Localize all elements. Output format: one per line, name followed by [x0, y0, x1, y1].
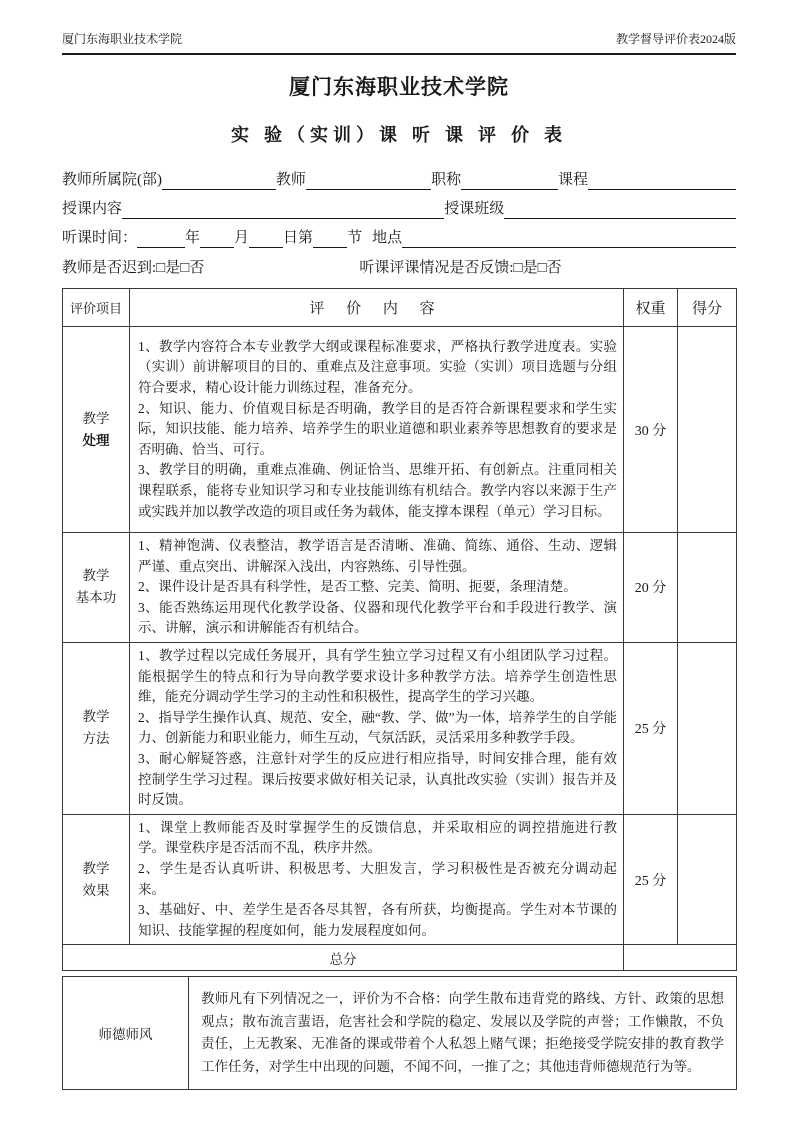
header-weight: 权重	[624, 289, 678, 327]
job-title-label: 职称	[431, 168, 461, 190]
header-left-text: 厦门东海职业技术学院	[62, 30, 182, 47]
month-label: 月	[234, 226, 249, 248]
class-blank[interactable]	[504, 199, 736, 219]
month-blank[interactable]	[200, 228, 234, 248]
form-line-1: 教师所属院(部) 教师 职称 课程	[62, 161, 736, 190]
form-line-3: 听课时间： 年 月 日第 节 地点	[62, 219, 736, 248]
fill-in-section: 教师所属院(部) 教师 职称 课程 授课内容 授课班级 听课时间： 年 月 日第…	[62, 161, 736, 278]
weight-value: 30 分	[624, 327, 678, 533]
criteria-item: 2、指导学生操作认真、规范、安全，融“教、学、做”为一体，培养学生的自学能力、创…	[138, 708, 617, 749]
row-label: 教学	[64, 408, 128, 430]
weight-value: 25 分	[624, 814, 678, 945]
teacher-label: 教师	[276, 168, 306, 190]
evaluation-table: 评价项目 评 价 内 容 权重 得分 教学 处理 1、教学内容符合本专业教学大纲…	[62, 288, 737, 971]
row-label: 教学	[64, 565, 128, 587]
running-header: 厦门东海职业技术学院 教学督导评价表2024版	[62, 30, 736, 55]
lecture-content-label: 授课内容	[62, 197, 122, 219]
weight-value: 25 分	[624, 642, 678, 814]
row-label: 教学	[64, 858, 128, 880]
department-blank[interactable]	[162, 170, 276, 190]
teacher-blank[interactable]	[306, 170, 431, 190]
table-row: 教学 基本功 1、精神饱满、仪表整洁，教学语言是否清晰、准确、简练、通俗、生动、…	[63, 533, 737, 643]
score-cell[interactable]	[678, 533, 737, 643]
late-no-checkbox[interactable]: □	[180, 260, 189, 278]
class-label: 授课班级	[444, 197, 504, 219]
criteria-item: 2、课件设计是否具有科学性，是否工整、完美、简明、扼要，条理清楚。	[138, 577, 617, 598]
ethics-row: 师德师风 教师凡有下列情况之一，评价为不合格：向学生散布违背党的路线、方针、政策…	[63, 977, 737, 1090]
row-label: 教学	[64, 706, 128, 728]
feedback-no-checkbox[interactable]: □	[538, 260, 547, 278]
row-label: 方法	[64, 728, 128, 750]
late-question-label: 教师是否迟到:	[62, 256, 156, 278]
course-blank[interactable]	[588, 170, 736, 190]
course-label: 课程	[558, 168, 588, 190]
criteria-item: 2、学生是否认真听讲、积极思考、大胆发言，学习积极性是否被充分调动起来。	[138, 859, 617, 900]
form-line-2: 授课内容 授课班级	[62, 190, 736, 219]
criteria-item: 3、能否熟练运用现代化教学设备、仪器和现代化教学平台和手段进行教学、演示、讲解，…	[138, 598, 617, 639]
header-item: 评价项目	[63, 289, 130, 327]
document-page: 厦门东海职业技术学院 教学督导评价表2024版 厦门东海职业技术学院 实 验（实…	[0, 0, 794, 1123]
day-blank[interactable]	[249, 228, 283, 248]
year-label: 年	[185, 226, 200, 248]
criteria-item: 1、教学内容符合本专业教学大纲或课程标准要求，严格执行教学进度表。实验（实训）前…	[138, 337, 617, 399]
page-title: 厦门东海职业技术学院	[62, 71, 736, 101]
form-line-4: 教师是否迟到: □ 是 □ 否 听课评课情况是否反馈: □ 是 □ 否	[62, 249, 736, 278]
score-cell[interactable]	[678, 327, 737, 533]
job-title-blank[interactable]	[461, 170, 558, 190]
location-blank[interactable]	[402, 228, 736, 248]
feedback-no-label: 否	[547, 256, 562, 278]
late-no-label: 否	[189, 256, 204, 278]
table-row: 教学 方法 1、教学过程以完成任务展开，具有学生独立学习过程又有小组团队学习过程…	[63, 642, 737, 814]
period-label: 节	[347, 226, 362, 248]
criteria-item: 1、精神饱满、仪表整洁，教学语言是否清晰、准确、简练、通俗、生动、逻辑严谨、重点…	[138, 536, 617, 577]
header-right-text: 教学督导评价表2024版	[616, 30, 736, 47]
table-header-row: 评价项目 评 价 内 容 权重 得分	[63, 289, 737, 327]
criteria-item: 1、课堂上教师能否及时掌握学生的反馈信息，并采取相应的调控措施进行教学。课堂秩序…	[138, 818, 617, 859]
criteria-item: 3、教学目的明确，重难点准确、例证恰当、思维开拓、有创新点。注重同相关课程联系，…	[138, 460, 617, 522]
ethics-content: 教师凡有下列情况之一，评价为不合格：向学生散布违背党的路线、方针、政策的思想观点…	[189, 977, 737, 1090]
criteria-item: 3、耐心解疑答惑，注意针对学生的反应进行相应指导，时间安排合理，能有效控制学生学…	[138, 749, 617, 811]
table-row: 教学 处理 1、教学内容符合本专业教学大纲或课程标准要求，严格执行教学进度表。实…	[63, 327, 737, 533]
total-score-cell[interactable]	[624, 945, 737, 971]
weight-value: 20 分	[624, 533, 678, 643]
late-yes-checkbox[interactable]: □	[156, 260, 165, 278]
department-label: 教师所属院(部)	[62, 168, 162, 190]
total-row: 总分	[63, 945, 737, 971]
form-subtitle: 实 验（实训）课 听 课 评 价 表	[62, 121, 736, 147]
ethics-table: 师德师风 教师凡有下列情况之一，评价为不合格：向学生散布违背党的路线、方针、政策…	[62, 976, 737, 1090]
total-label: 总分	[63, 945, 624, 971]
criteria-item: 1、教学过程以完成任务展开，具有学生独立学习过程又有小组团队学习过程。能根据学生…	[138, 646, 617, 708]
row-label: 处理	[64, 430, 128, 452]
late-yes-label: 是	[165, 256, 180, 278]
table-row: 教学 效果 1、课堂上教师能否及时掌握学生的反馈信息，并采取相应的调控措施进行教…	[63, 814, 737, 945]
feedback-yes-checkbox[interactable]: □	[514, 260, 523, 278]
criteria-item: 2、知识、能力、价值观目标是否明确，教学目的是否符合新课程要求和学生实际，知识技…	[138, 399, 617, 461]
score-cell[interactable]	[678, 642, 737, 814]
year-blank[interactable]	[137, 228, 185, 248]
period-blank[interactable]	[313, 228, 347, 248]
row-label: 效果	[64, 880, 128, 902]
criteria-item: 3、基础好、中、差学生是否各尽其智，各有所获，均衡提高。学生对本节课的知识、技能…	[138, 900, 617, 941]
header-score: 得分	[678, 289, 737, 327]
feedback-yes-label: 是	[523, 256, 538, 278]
lecture-content-blank[interactable]	[122, 199, 444, 219]
day-label: 日第	[283, 226, 313, 248]
observe-time-label: 听课时间：	[62, 226, 137, 248]
ethics-label: 师德师风	[63, 977, 189, 1090]
location-label: 地点	[372, 226, 402, 248]
header-content: 评 价 内 容	[130, 289, 624, 327]
feedback-question-label: 听课评课情况是否反馈:	[359, 256, 513, 278]
score-cell[interactable]	[678, 814, 737, 945]
row-label: 基本功	[64, 587, 128, 609]
